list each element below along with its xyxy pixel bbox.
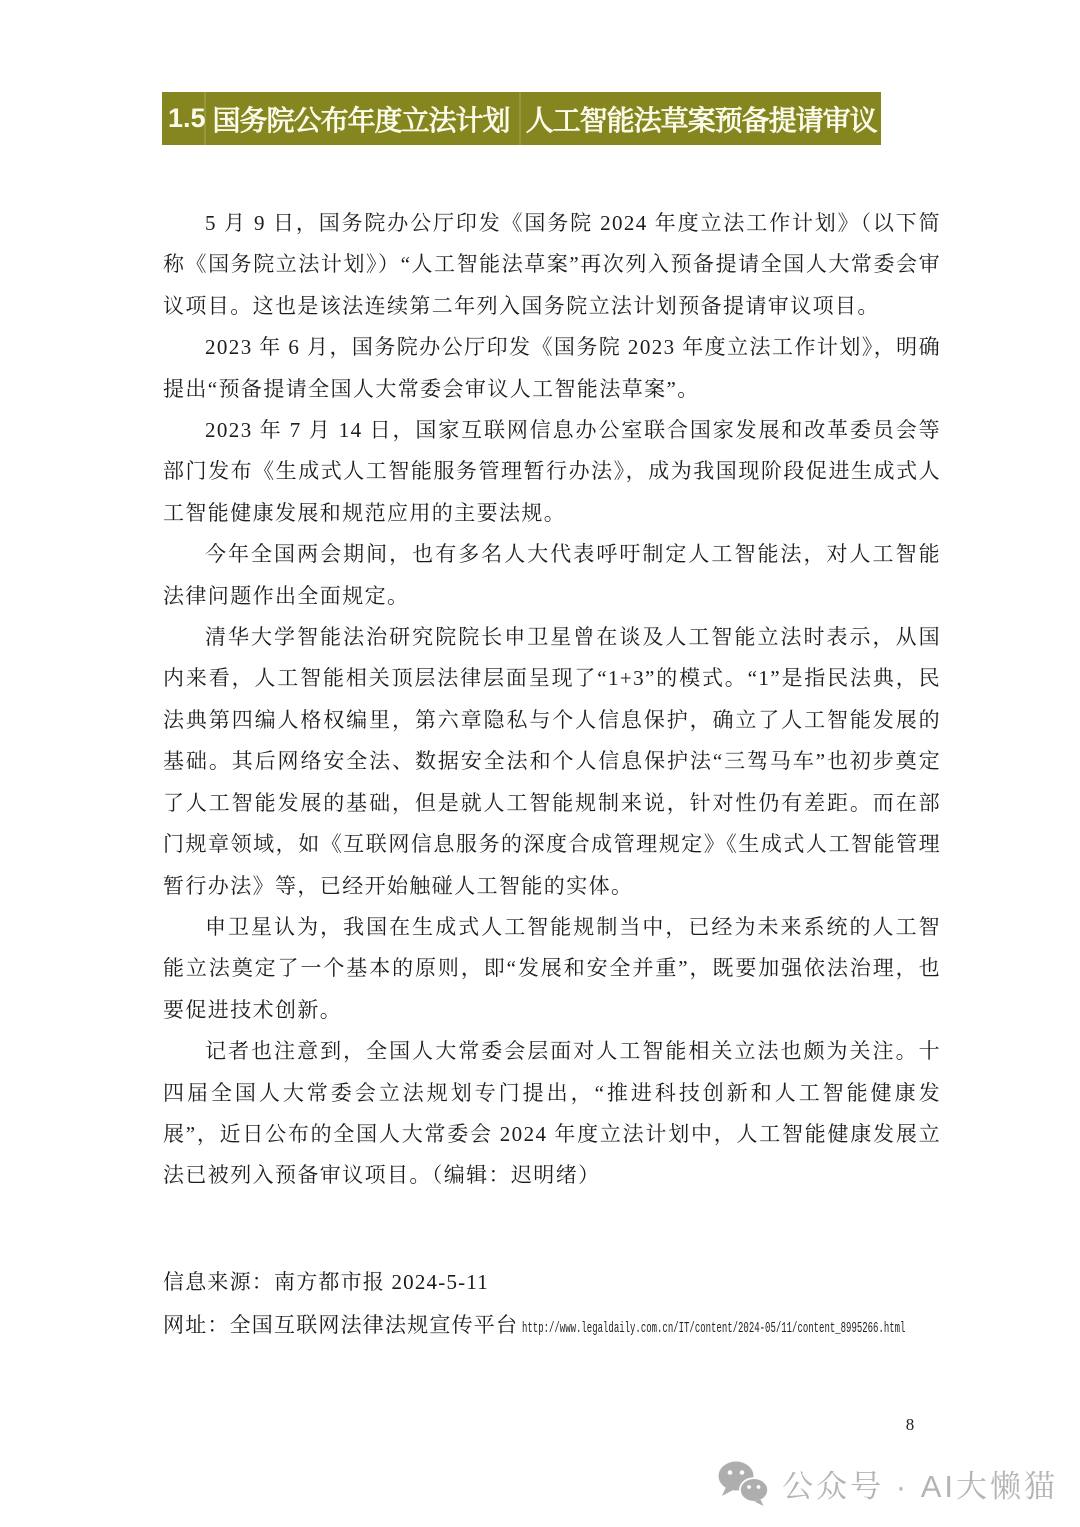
section-number: 1.5	[168, 103, 206, 134]
page-number: 8	[880, 1415, 940, 1435]
article-paragraph: 2023 年 6 月，国务院办公厅印发《国务院 2023 年度立法工作计划》，明…	[163, 327, 941, 410]
article-paragraph: 申卫星认为，我国在生成式人工智能规制当中，已经为未来系统的人工智能立法奠定了一个…	[163, 907, 941, 1031]
article-body: 5 月 9 日，国务院办公厅印发《国务院 2024 年度立法工作计划》（以下简称…	[163, 203, 941, 1197]
wechat-icon	[716, 1460, 770, 1506]
source-block: 信息来源：南方都市报 2024-5-11 网址：全国互联网法律法规宣传平台htt…	[163, 1266, 963, 1352]
watermark-text: 公众号 · AI大懒猫	[782, 1461, 1058, 1506]
article-paragraph: 记者也注意到，全国人大常委会层面对人工智能相关立法也颇为关注。十四届全国人大常委…	[163, 1031, 941, 1197]
article-paragraph: 清华大学智能法治研究院院长申卫星曾在谈及人工智能立法时表示，从国内来看，人工智能…	[163, 617, 941, 907]
header-cell-divider	[519, 92, 521, 145]
watermark: 公众号 · AI大懒猫	[716, 1458, 1058, 1508]
section-title-right: 人工智能法草案预备提请审议	[526, 99, 877, 139]
source-site-line: 网址：全国互联网法律法规宣传平台http://www.legaldaily.co…	[163, 1309, 963, 1339]
section-header-bar: 1.5 国务院公布年度立法计划 人工智能法草案预备提请审议	[162, 92, 881, 145]
section-title-left: 国务院公布年度立法计划	[213, 99, 510, 139]
source-site-label: 网址：全国互联网法律法规宣传平台	[163, 1313, 518, 1337]
document-page: 1.5 国务院公布年度立法计划 人工智能法草案预备提请审议 5 月 9 日，国务…	[0, 0, 1080, 1527]
article-paragraph: 5 月 9 日，国务院办公厅印发《国务院 2024 年度立法工作计划》（以下简称…	[163, 203, 941, 327]
source-url[interactable]: http://www.legaldaily.com.cn/IT/content/…	[522, 1320, 905, 1337]
header-cell-divider	[204, 92, 206, 145]
article-paragraph: 今年全国两会期间，也有多名人大代表呼吁制定人工智能法，对人工智能法律问题作出全面…	[163, 534, 941, 617]
source-info-line: 信息来源：南方都市报 2024-5-11	[163, 1266, 963, 1296]
article-paragraph: 2023 年 7 月 14 日，国家互联网信息办公室联合国家发展和改革委员会等部…	[163, 410, 941, 534]
